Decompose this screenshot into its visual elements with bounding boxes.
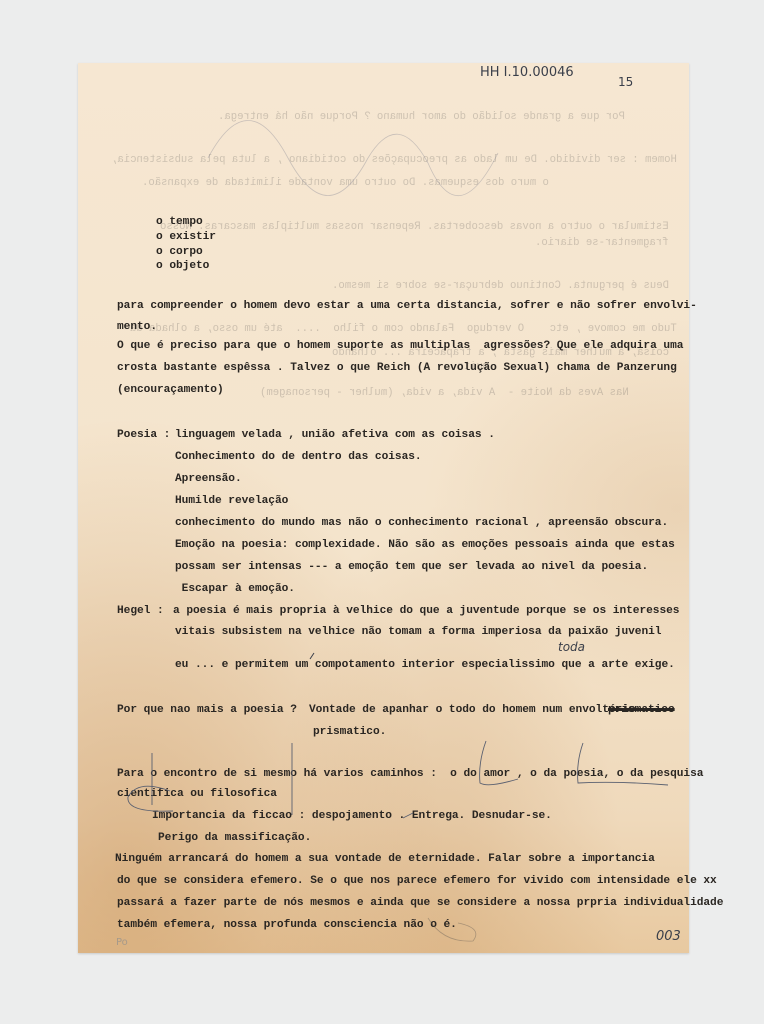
section-label-poesia: Poesia :	[117, 428, 177, 442]
footer-mark-left: Po	[116, 937, 128, 948]
hegel-line: a poesia é mais propria à velhice do que…	[173, 604, 679, 618]
question-line: Por que nao mais a poesia ?	[117, 703, 297, 717]
hegel-line: eu ... e permitem um compotamento interi…	[175, 658, 675, 672]
poesia-line: possam ser intensas --- a emoção tem que…	[175, 560, 648, 574]
hegel-line: vitais subsistem na velhice não tomam a …	[175, 625, 661, 639]
paragraph-line: Importancia da ficcao : despojamento . E…	[152, 809, 552, 823]
page-number: 15	[618, 75, 633, 89]
poesia-line: Conhecimento do de dentro das coisas.	[175, 450, 422, 464]
poesia-line: Escapar à emoção.	[175, 582, 295, 596]
poesia-line: linguagem velada , união afetiva com as …	[175, 428, 495, 442]
list-item: o tempo	[156, 215, 203, 229]
answer-continuation: prismatico.	[313, 725, 386, 739]
bleed-through-line: Estimular o outro a novas descobertas. R…	[160, 221, 669, 234]
poesia-line: Humilde revelação	[175, 494, 288, 508]
bleed-through-line: Por que a grande solidão do amor humano …	[218, 111, 625, 124]
paragraph-line: para compreender o homem devo estar a um…	[117, 299, 697, 313]
paragraph-line: Perigo da massificação.	[158, 831, 311, 845]
struck-word: prismatico	[608, 703, 675, 717]
bleed-through-line: Nas Aves da Noite - A vida, a vida, (mul…	[260, 387, 629, 400]
paragraph-line: passará a fazer parte de nós mesmos e ai…	[117, 896, 723, 910]
bleed-through-line: Deus é pergunta. Continuo debruçar-se so…	[332, 280, 669, 293]
bleed-through-line: Tudo me comove , etc O verdugo Falando c…	[130, 323, 677, 336]
list-item: o corpo	[156, 245, 203, 259]
paragraph-line: mento.	[117, 320, 157, 334]
document-page: HH I.10.00046 15 Por que a grande solidã…	[78, 63, 689, 953]
paragraph-line: Ninguém arrancará do homem a sua vontade…	[115, 852, 655, 866]
handwritten-insert: toda	[558, 640, 585, 654]
list-item: o objeto	[156, 259, 209, 273]
poesia-line: Apreensão.	[175, 472, 242, 486]
paragraph-line: cientifica ou filosofica	[117, 787, 277, 801]
section-label-hegel: Hegel :	[117, 604, 170, 618]
bleed-through-line: Homem : ser dividido. De um lado as preo…	[111, 154, 677, 167]
poesia-line: conhecimento do mundo mas não o conhecim…	[175, 516, 668, 530]
paragraph-line: Para o encontro de si mesmo há varios ca…	[117, 767, 703, 781]
paragraph-line: (encouraçamento)	[117, 383, 224, 397]
list-item: o existir	[156, 230, 216, 244]
paragraph-line: também efemera, nossa profunda conscienc…	[117, 918, 457, 932]
answer-line: Vontade de apanhar o todo do homem num e…	[309, 703, 636, 717]
paragraph-line: crosta bastante espêssa . Talvez o que R…	[117, 361, 677, 375]
footer-mark-right: 003	[656, 929, 681, 944]
paragraph-line: O que é preciso para que o homem suporte…	[117, 339, 683, 353]
archive-id: HH I.10.00046	[480, 65, 574, 80]
bleed-through-line: fragmentar-se diario.	[535, 237, 669, 250]
paragraph-line: do que se considera efemero. Se o que no…	[117, 874, 717, 888]
bleed-through-line: o muro dos esquemas. Do outro uma vontad…	[142, 177, 549, 190]
poesia-line: Emoção na poesia: complexidade. Não são …	[175, 538, 675, 552]
